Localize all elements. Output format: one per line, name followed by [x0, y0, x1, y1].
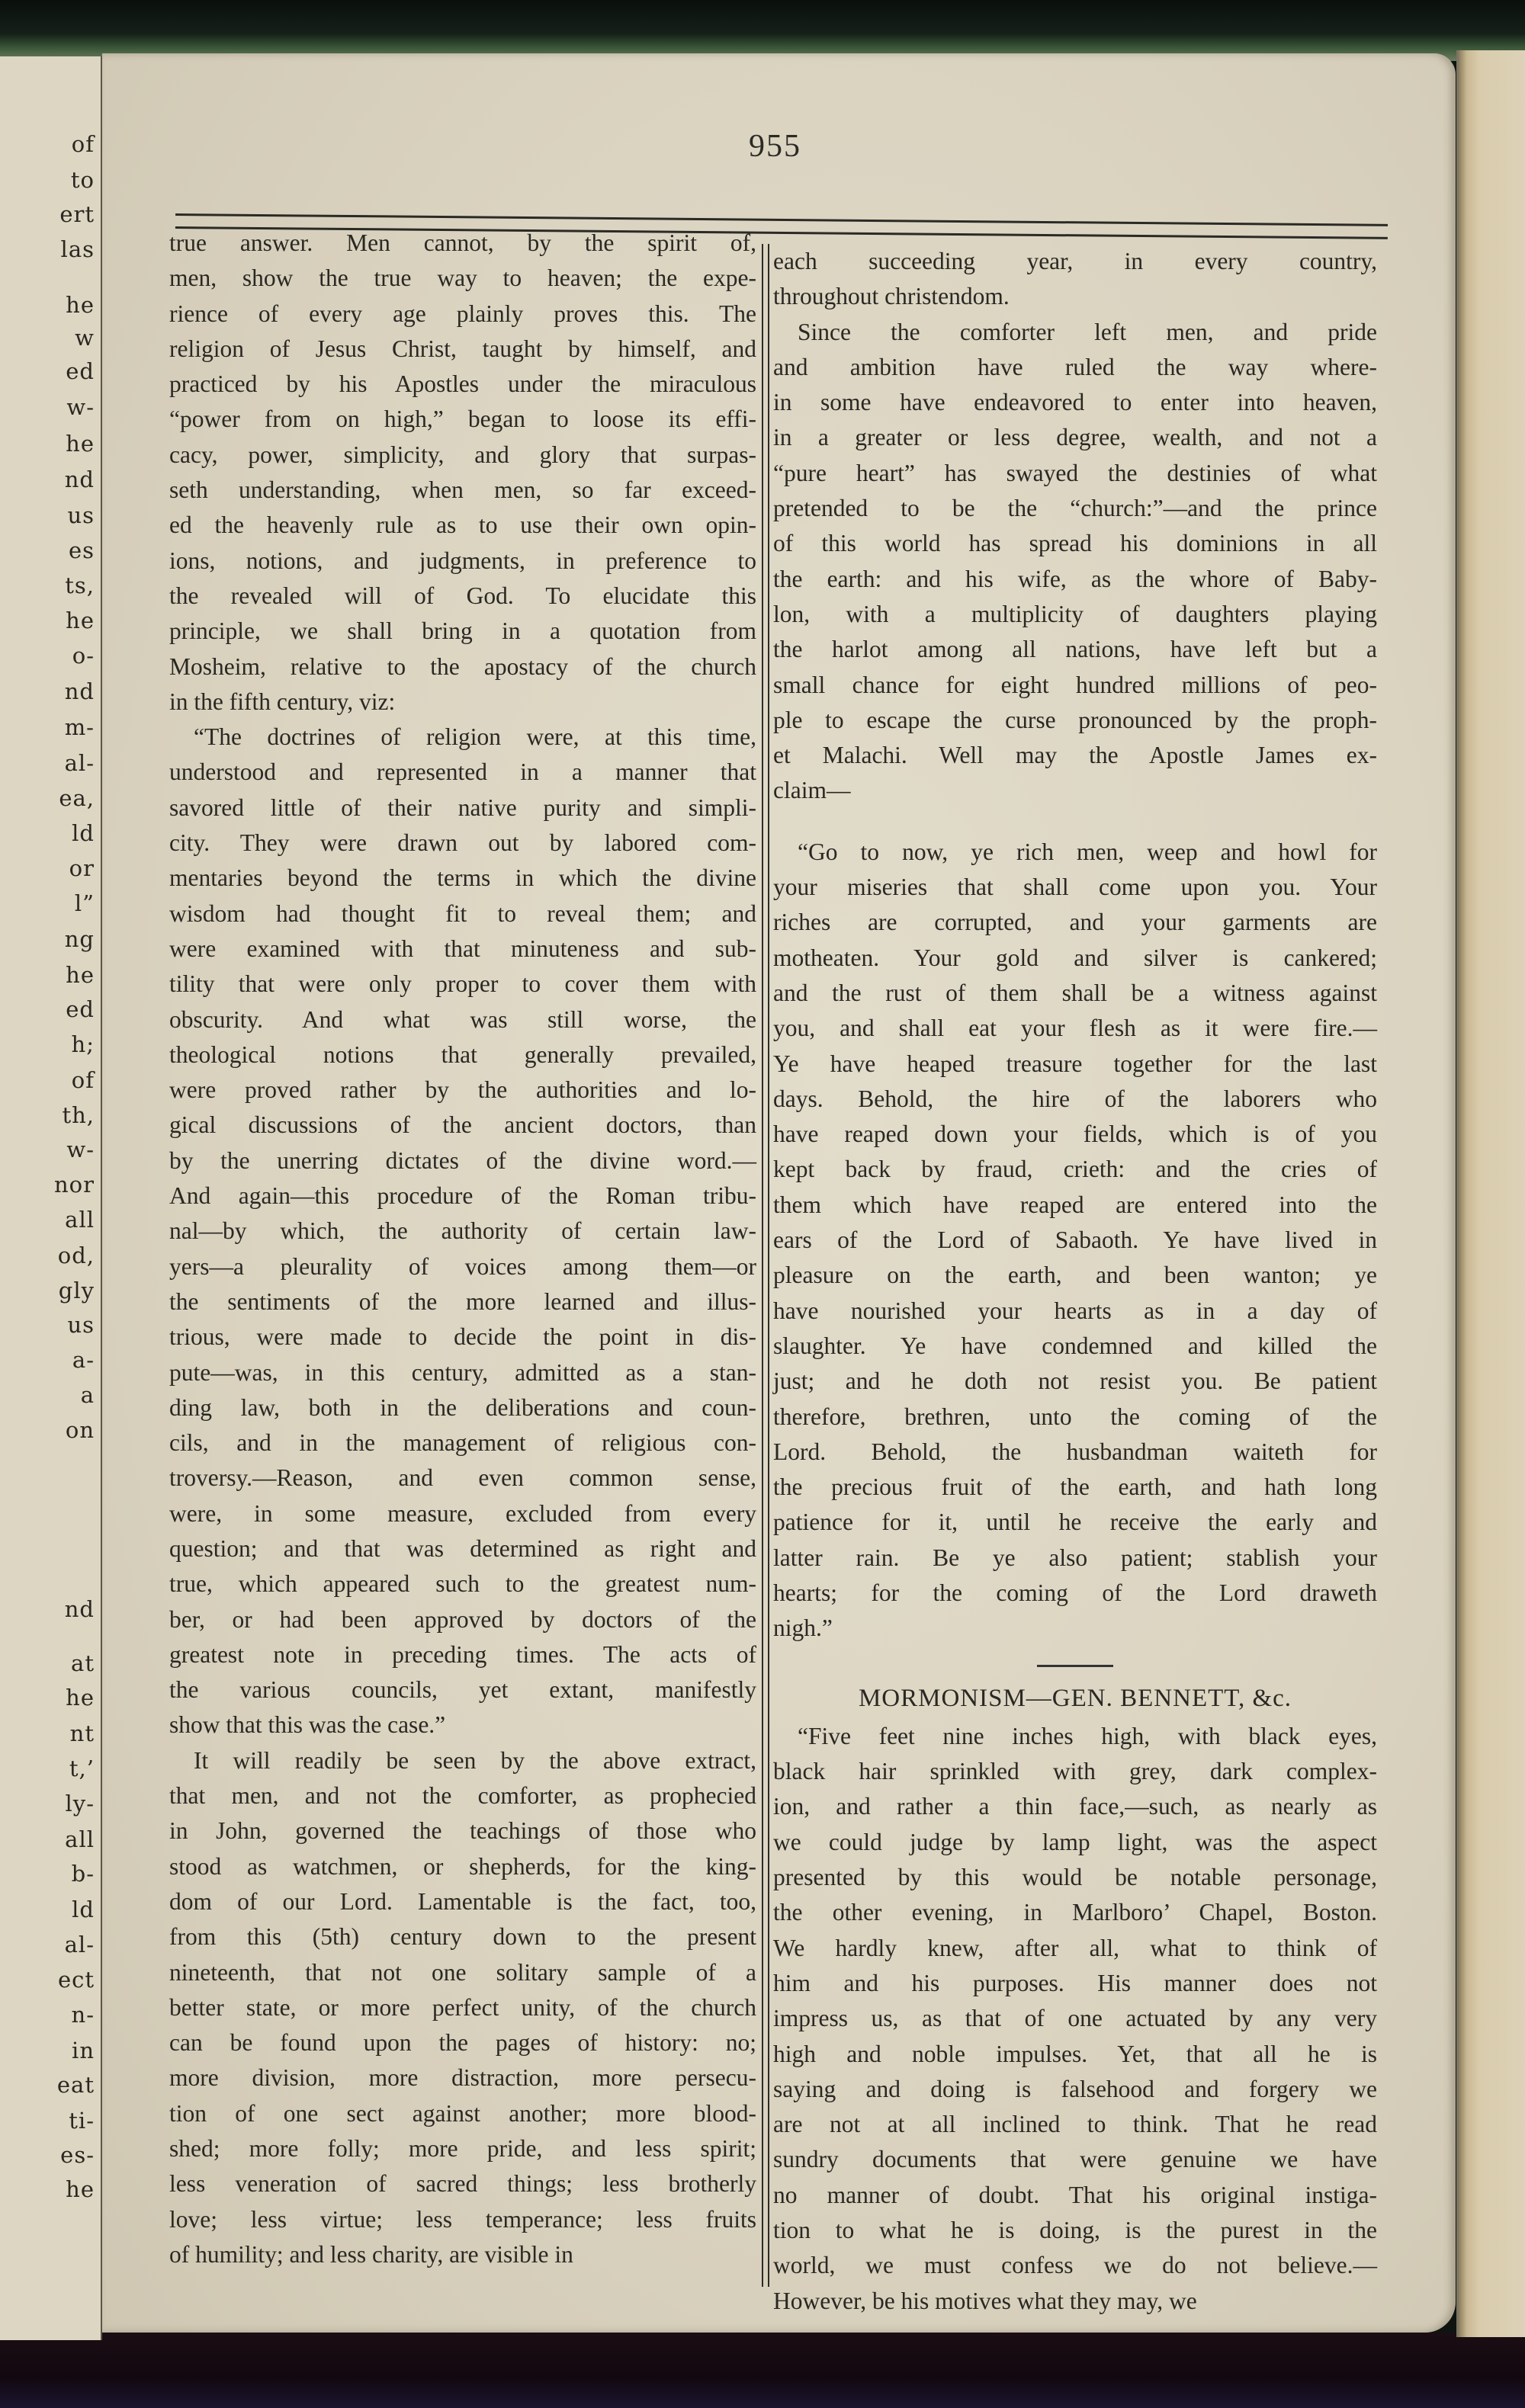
margin-fragment: es-: [60, 2142, 95, 2168]
text-line: greatest note in preceding times. The ac…: [169, 1637, 756, 1672]
margin-fragment: ly-: [66, 1791, 95, 1816]
text-line: lon, with a multiplicity of daughters pl…: [773, 597, 1377, 632]
margin-fragment: nt: [70, 1720, 95, 1746]
text-line: motheaten. Your gold and silver is canke…: [773, 941, 1377, 976]
text-line: were, in some measure, excluded from eve…: [169, 1496, 756, 1531]
text-line: trious, were made to decide the point in…: [169, 1319, 756, 1355]
paragraph-spacer: [773, 809, 1377, 835]
text-line: Mosheim, relative to the apostacy of the…: [169, 649, 756, 685]
text-line: have reaped down your fields, which is o…: [773, 1117, 1377, 1152]
text-line: and the rust of them shall be a witness …: [773, 976, 1377, 1011]
text-line: that men, and not the comforter, as prop…: [169, 1778, 756, 1813]
text-line: we could judge by lamp light, was the as…: [773, 1825, 1377, 1860]
left-column: true answer. Men cannot, by the spirit o…: [169, 226, 756, 2272]
text-line: men, show the true way to heaven; the ex…: [169, 261, 756, 296]
text-line: saying and doing is falsehood and forger…: [773, 2072, 1377, 2107]
text-line: the earth: and his wife, as the whore of…: [773, 562, 1377, 597]
text-line: were proved rather by the authorities an…: [169, 1073, 756, 1108]
text-line: ber, or had been approved by doctors of …: [169, 1602, 756, 1637]
text-line: in a greater or less degree, wealth, and…: [773, 420, 1377, 455]
text-line: gical discussions of the ancient doctors…: [169, 1108, 756, 1143]
text-line: of this world has spread his dominions i…: [773, 526, 1377, 561]
text-line: Lord. Behold, the husbandman waiteth for: [773, 1435, 1377, 1470]
text-line: stood as watchmen, or shepherds, for the…: [169, 1849, 756, 1884]
text-line: each succeeding year, in every country,: [773, 244, 1377, 279]
margin-fragment: ld: [72, 1897, 95, 1922]
margin-fragment: he: [66, 431, 95, 457]
text-line: shed; more folly; more pride, and less s…: [169, 2131, 756, 2166]
section-separator-rule: [1037, 1665, 1113, 1667]
text-line: him and his purposes. His manner does no…: [773, 1966, 1377, 2001]
text-line: the sentiments of the more learned and i…: [169, 1284, 756, 1319]
text-line: less veneration of sacred things; less b…: [169, 2166, 756, 2201]
margin-fragment: al-: [65, 750, 95, 776]
text-line: the revealed will of God. To elucidate t…: [169, 579, 756, 614]
margin-fragment: al-: [65, 1932, 95, 1958]
text-line: of humility; and less charity, are visib…: [169, 2237, 756, 2272]
margin-fragment: es: [69, 537, 95, 563]
text-line: them which have reaped are entered into …: [773, 1188, 1377, 1223]
margin-fragment: he: [66, 608, 95, 633]
text-line: are not at all inclined to think. That h…: [773, 2107, 1377, 2142]
text-line: “pure heart” has swayed the destinies of…: [773, 456, 1377, 491]
text-line: the precious fruit of the earth, and hat…: [773, 1470, 1377, 1505]
margin-fragment: he: [66, 292, 95, 318]
margin-fragment: nd: [65, 467, 95, 492]
section-heading: MORMONISM—GEN. BENNETT, &c.: [773, 1681, 1377, 1716]
text-line: have nourished your hearts as in a day o…: [773, 1294, 1377, 1329]
margin-fragment: w-: [66, 1137, 95, 1162]
text-line: ple to escape the curse pronounced by th…: [773, 703, 1377, 738]
text-line: “Five feet nine inches high, with black …: [773, 1719, 1377, 1754]
margin-fragment: b-: [72, 1861, 95, 1887]
text-line: We hardly knew, after all, what to think…: [773, 1931, 1377, 1966]
text-line: religion of Jesus Christ, taught by hims…: [169, 332, 756, 367]
margin-fragment: ect: [58, 1967, 95, 1993]
text-line: pute—was, in this century, admitted as a…: [169, 1355, 756, 1390]
text-line: world, we must confess we do not believe…: [773, 2248, 1377, 2283]
text-line: small chance for eight hundred millions …: [773, 668, 1377, 703]
text-line: tion to what he is doing, is the purest …: [773, 2213, 1377, 2248]
margin-fragment: l”: [75, 890, 95, 916]
margin-fragment: he: [66, 1685, 95, 1711]
text-line: obscurity. And what was still worse, the: [169, 1002, 756, 1037]
margin-fragment: ed: [66, 358, 95, 384]
book-binding-top: [0, 0, 1525, 61]
margin-fragment: th,: [62, 1102, 95, 1128]
text-line: love; less virtue; less temperance; less…: [169, 2202, 756, 2237]
text-line: nigh.”: [773, 1611, 1377, 1646]
next-page-edge: [1456, 50, 1525, 2337]
margin-fragment: m-: [65, 714, 95, 740]
text-line: yers—a pleurality of voices among them—o…: [169, 1249, 756, 1284]
margin-fragment: us: [67, 1312, 95, 1338]
margin-fragment: us: [67, 502, 95, 528]
text-line: question; and that was determined as rig…: [169, 1531, 756, 1566]
text-line: et Malachi. Well may the Apostle James e…: [773, 738, 1377, 773]
text-line: city. They were drawn out by labored com…: [169, 826, 756, 861]
text-line: However, be his motives what they may, w…: [773, 2284, 1377, 2319]
text-line: tion of one sect against another; more b…: [169, 2096, 756, 2131]
text-line: kept back by fraud, crieth: and the crie…: [773, 1152, 1377, 1187]
margin-fragment: or: [69, 855, 95, 881]
margin-fragment: nd: [65, 1596, 95, 1622]
text-line: your miseries that shall come upon you. …: [773, 870, 1377, 905]
margin-fragment: ld: [72, 820, 95, 846]
margin-fragment: a: [81, 1382, 95, 1408]
left-column-opening: true answer. Men cannot, by the spirit o…: [169, 226, 756, 720]
bennett-article: “Five feet nine inches high, with black …: [773, 1719, 1377, 2319]
text-line: Ye have heaped treasure together for the…: [773, 1047, 1377, 1082]
text-line: latter rain. Be ye also patient; stablis…: [773, 1541, 1377, 1576]
margin-fragment: to: [71, 167, 95, 193]
margin-fragment: ea,: [59, 785, 95, 811]
text-line: pretended to be the “church:”—and the pr…: [773, 491, 1377, 526]
text-line: patience for it, until he receive the ea…: [773, 1505, 1377, 1540]
text-line: better state, or more perfect unity, of …: [169, 1990, 756, 2025]
text-line: show that this was the case.”: [169, 1707, 756, 1743]
text-line: the other evening, in Marlboro’ Chapel, …: [773, 1895, 1377, 1930]
text-line: nineteenth, that not one solitary sample…: [169, 1955, 756, 1990]
margin-fragment: t,’: [69, 1755, 95, 1781]
column-divider: [762, 244, 769, 2287]
text-line: cils, and in the management of religious…: [169, 1425, 756, 1461]
text-line: no manner of doubt. That his original in…: [773, 2178, 1377, 2213]
margin-fragment: of: [72, 1067, 95, 1093]
text-line: pleasure on the earth, and been wanton; …: [773, 1258, 1377, 1293]
margin-fragment: all: [65, 1207, 95, 1233]
text-line: therefore, brethren, unto the coming of …: [773, 1400, 1377, 1435]
margin-fragment: ert: [59, 201, 95, 227]
text-line: claim—: [773, 773, 1377, 808]
margin-fragment: ti-: [69, 2108, 95, 2134]
text-line: savored little of their native purity an…: [169, 790, 756, 826]
margin-fragment: all: [65, 1826, 95, 1852]
margin-fragment: of: [72, 131, 95, 157]
margin-fragment: eat: [57, 2072, 95, 2098]
text-line: cacy, power, simplicity, and glory that …: [169, 438, 756, 473]
text-line: Since the comforter left men, and pride: [773, 315, 1377, 350]
text-line: rience of every age plainly proves this.…: [169, 297, 756, 332]
text-line: the harlot among all nations, have left …: [773, 632, 1377, 667]
text-line: ding law, both in the deliberations and …: [169, 1390, 756, 1425]
margin-fragment: he: [66, 2176, 95, 2202]
text-line: just; and he doth not resist you. Be pat…: [773, 1364, 1377, 1399]
text-line: dom of our Lord. Lamentable is the fact,…: [169, 1884, 756, 1919]
text-line: seth understanding, when men, so far exc…: [169, 473, 756, 508]
text-line: days. Behold, the hire of the laborers w…: [773, 1082, 1377, 1117]
comforter-paragraph: Since the comforter left men, and pridea…: [773, 315, 1377, 809]
text-line: black hair sprinkled with grey, dark com…: [773, 1754, 1377, 1789]
margin-fragment: n-: [72, 2002, 95, 2028]
margin-fragment: nd: [65, 678, 95, 704]
text-line: understood and represented in a manner t…: [169, 755, 756, 790]
page-number: 955: [749, 128, 801, 165]
margin-fragment: nor: [54, 1172, 95, 1198]
text-line: theological notions that generally preva…: [169, 1037, 756, 1073]
text-line: impress us, as that of one actuated by a…: [773, 2001, 1377, 2036]
margin-fragment: in: [72, 2038, 95, 2063]
text-line: presented by this would be notable perso…: [773, 1860, 1377, 1895]
text-line: in some have endeavored to enter into he…: [773, 385, 1377, 420]
margin-fragment: gly: [59, 1278, 95, 1303]
text-line: high and noble impulses. Yet, that all h…: [773, 2037, 1377, 2072]
text-line: practiced by his Apostles under the mira…: [169, 367, 756, 402]
right-column-continuation: each succeeding year, in every country,t…: [773, 244, 1377, 315]
text-line: from this (5th) century down to the pres…: [169, 1919, 756, 1954]
text-line: in John, governed the teachings of those…: [169, 1813, 756, 1848]
text-line: wisdom had thought fit to reveal them; a…: [169, 896, 756, 931]
text-line: you, and shall eat your flesh as it were…: [773, 1011, 1377, 1046]
margin-fragment: od,: [58, 1242, 95, 1268]
margin-fragment: w-: [66, 394, 95, 420]
text-line: by the unerring dictates of the divine w…: [169, 1143, 756, 1178]
text-line: “The doctrines of religion were, at this…: [169, 720, 756, 755]
text-line: sundry documents that were genuine we ha…: [773, 2142, 1377, 2177]
margin-fragment: ng: [65, 926, 95, 952]
text-line: in the fifth century, viz:: [169, 685, 756, 720]
margin-fragment: w: [75, 325, 95, 351]
text-line: nal—by which, the authority of certain l…: [169, 1214, 756, 1249]
text-line: “Go to now, ye rich men, weep and howl f…: [773, 835, 1377, 870]
james-quotation: “Go to now, ye rich men, weep and howl f…: [773, 835, 1377, 1646]
text-line: It will readily be seen by the above ext…: [169, 1743, 756, 1778]
text-line: slaughter. Ye have condemned and killed …: [773, 1329, 1377, 1364]
text-line: ed the heavenly rule as to use their own…: [169, 508, 756, 543]
text-line: hearts; for the coming of the Lord drawe…: [773, 1576, 1377, 1611]
margin-fragment: a-: [72, 1347, 95, 1373]
text-line: mentaries beyond the terms in which the …: [169, 861, 756, 896]
text-line: were examined with that minuteness and s…: [169, 931, 756, 967]
book-binding-bottom: [0, 2333, 1525, 2408]
text-line: And again—this procedure of the Roman tr…: [169, 1178, 756, 1214]
text-line: can be found upon the pages of history: …: [169, 2025, 756, 2060]
document-page: 955 true answer. Men cannot, by the spir…: [102, 53, 1456, 2333]
previous-page-edge: oftoertlashewedw-hendusests,heo-ndm-al-e…: [0, 56, 102, 2340]
text-line: tility that were only proper to cover th…: [169, 967, 756, 1002]
left-column-closing: It will readily be seen by the above ext…: [169, 1743, 756, 2272]
text-line: “power from on high,” began to loose its…: [169, 402, 756, 437]
right-column: each succeeding year, in every country,t…: [773, 244, 1377, 2319]
margin-fragment: las: [61, 236, 95, 262]
margin-fragment: he: [66, 962, 95, 988]
mosheim-quotation: “The doctrines of religion were, at this…: [169, 720, 756, 1743]
margin-fragment: on: [66, 1417, 95, 1443]
margin-fragment: ed: [66, 996, 95, 1022]
text-line: principle, we shall bring in a quotation…: [169, 614, 756, 649]
margin-fragment: ts,: [65, 572, 95, 598]
margin-fragment: o-: [72, 643, 95, 669]
text-line: ions, notions, and judgments, in prefere…: [169, 543, 756, 579]
text-line: riches are corrupted, and your garments …: [773, 905, 1377, 940]
text-line: and ambition have ruled the way where-: [773, 350, 1377, 385]
margin-fragment: at: [71, 1650, 95, 1676]
text-line: the various councils, yet extant, manife…: [169, 1672, 756, 1707]
text-line: troversy.—Reason, and even common sense,: [169, 1461, 756, 1496]
text-line: throughout christendom.: [773, 279, 1377, 314]
margin-fragment: h;: [72, 1031, 95, 1057]
text-line: ion, and rather a thin face,—such, as ne…: [773, 1789, 1377, 1824]
text-line: ears of the Lord of Sabaoth. Ye have liv…: [773, 1223, 1377, 1258]
text-line: true answer. Men cannot, by the spirit o…: [169, 226, 756, 261]
text-line: true, which appeared such to the greates…: [169, 1566, 756, 1602]
text-line: more division, more distraction, more pe…: [169, 2060, 756, 2095]
